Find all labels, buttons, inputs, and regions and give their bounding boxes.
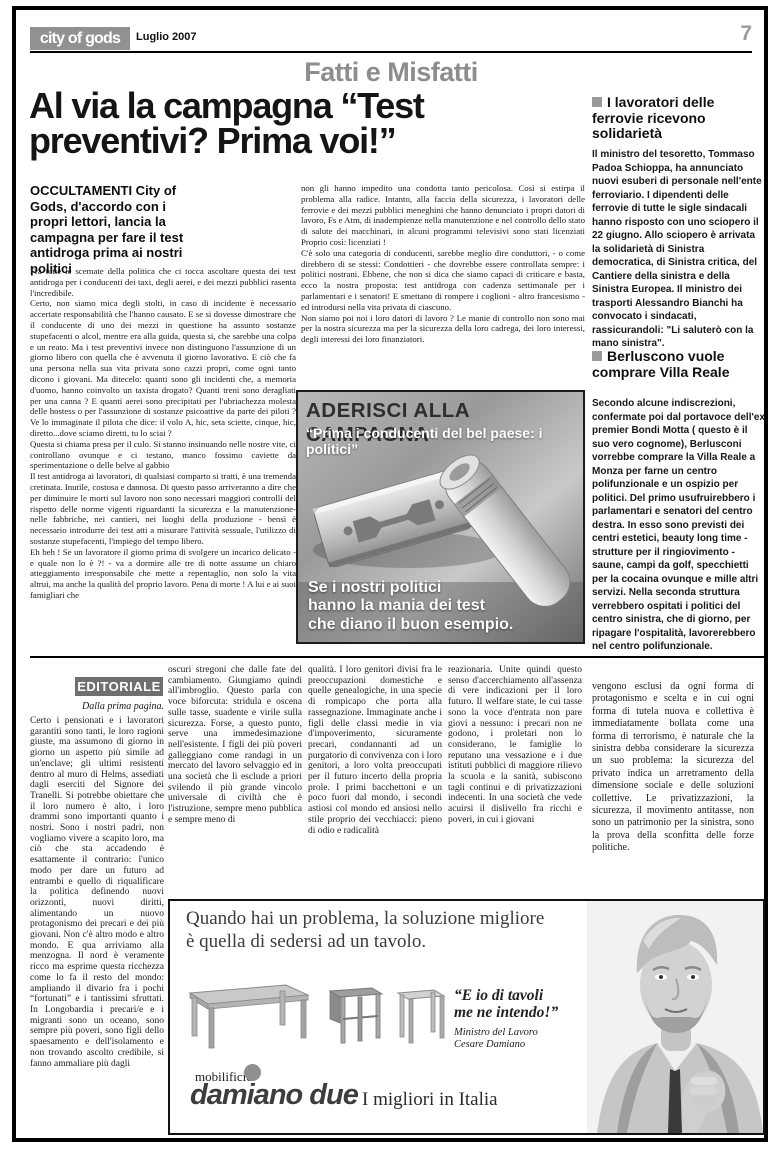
brand-tagline: I migliori in Italia [362, 1089, 498, 1111]
article-column-2: non gli hanno impedito una condotta tant… [301, 183, 585, 389]
campaign-caption: Se i nostri politici hanno la mania dei … [308, 579, 568, 635]
sidebar-article1-body: Il ministro del tesoretto, Tommaso Padoa… [592, 148, 765, 351]
brand-name: damiano due [190, 1079, 358, 1112]
editorial-column-e: vengono esclusi da ogni forma di protago… [592, 681, 754, 889]
editorial-column-b: oscuri stregoni che dalle fate del cambi… [168, 665, 302, 889]
section-title: Fatti e Misfatti [30, 57, 752, 88]
page-number: 7 [726, 22, 752, 46]
sidebar-article2-body: Secondo alcune indiscrezioni, confermate… [592, 397, 765, 654]
sidebar-article1-title-text: I lavoratori delle ferrovie ricevono sol… [592, 94, 714, 141]
edition-date: Luglio 2007 [136, 31, 197, 43]
campaign-box: ADERISCI ALLA CAMPAGNA “Prima i conducen… [296, 390, 585, 644]
minister-portrait-photo [587, 901, 763, 1133]
kicker-label: OCCULTAMENTI [30, 183, 132, 198]
ad-headline: Quando hai un problema, la soluzione mig… [186, 907, 606, 953]
article-headline: Al via la campagna “Test preventivi? Pri… [29, 88, 609, 158]
campaign-subtitle: “Prima i conducenti del bel paese: i pol… [306, 425, 584, 457]
newspaper-page: city of gods Luglio 2007 7 Fatti e Misfa… [0, 0, 780, 1150]
editorial-column-a: Certo i pensionati e i lavoratori garant… [30, 716, 164, 1106]
editorial-label: EDITORIALE [75, 677, 163, 696]
sidebar-article2-title: Berluscono vuole comprare Villa Reale [592, 349, 765, 380]
ad-quote: “E io di tavoli me ne intendo!” [454, 987, 584, 1021]
square-bullet-icon [592, 351, 602, 361]
section-divider-rule [30, 656, 765, 658]
furniture-ad: Quando hai un problema, la soluzione mig… [168, 899, 765, 1135]
article-kicker: OCCULTAMENTI City of Gods, d'accordo con… [30, 183, 202, 276]
square-bullet-icon [592, 97, 602, 107]
editorial-lead-in: Dalla prima pagina. [30, 701, 164, 712]
header-rule [30, 51, 752, 53]
sidebar-article2-title-text: Berluscono vuole comprare Villa Reale [592, 348, 729, 380]
editorial-column-c: qualità. I loro genitori divisi fra le p… [308, 665, 442, 889]
editorial-column-d: reazionaria. Unite quindi questo senso d… [448, 665, 582, 889]
tables-illustration [182, 979, 452, 1057]
sidebar-article1-title: I lavoratori delle ferrovie ricevono sol… [592, 95, 765, 142]
ad-quote-attribution: Ministro del Lavoro Cesare Damiano [454, 1027, 584, 1051]
article-column-1: Fra tutte le scemate della politica che … [30, 266, 296, 658]
masthead-text: city of gods [40, 30, 120, 47]
masthead-logo: city of gods [30, 27, 130, 50]
